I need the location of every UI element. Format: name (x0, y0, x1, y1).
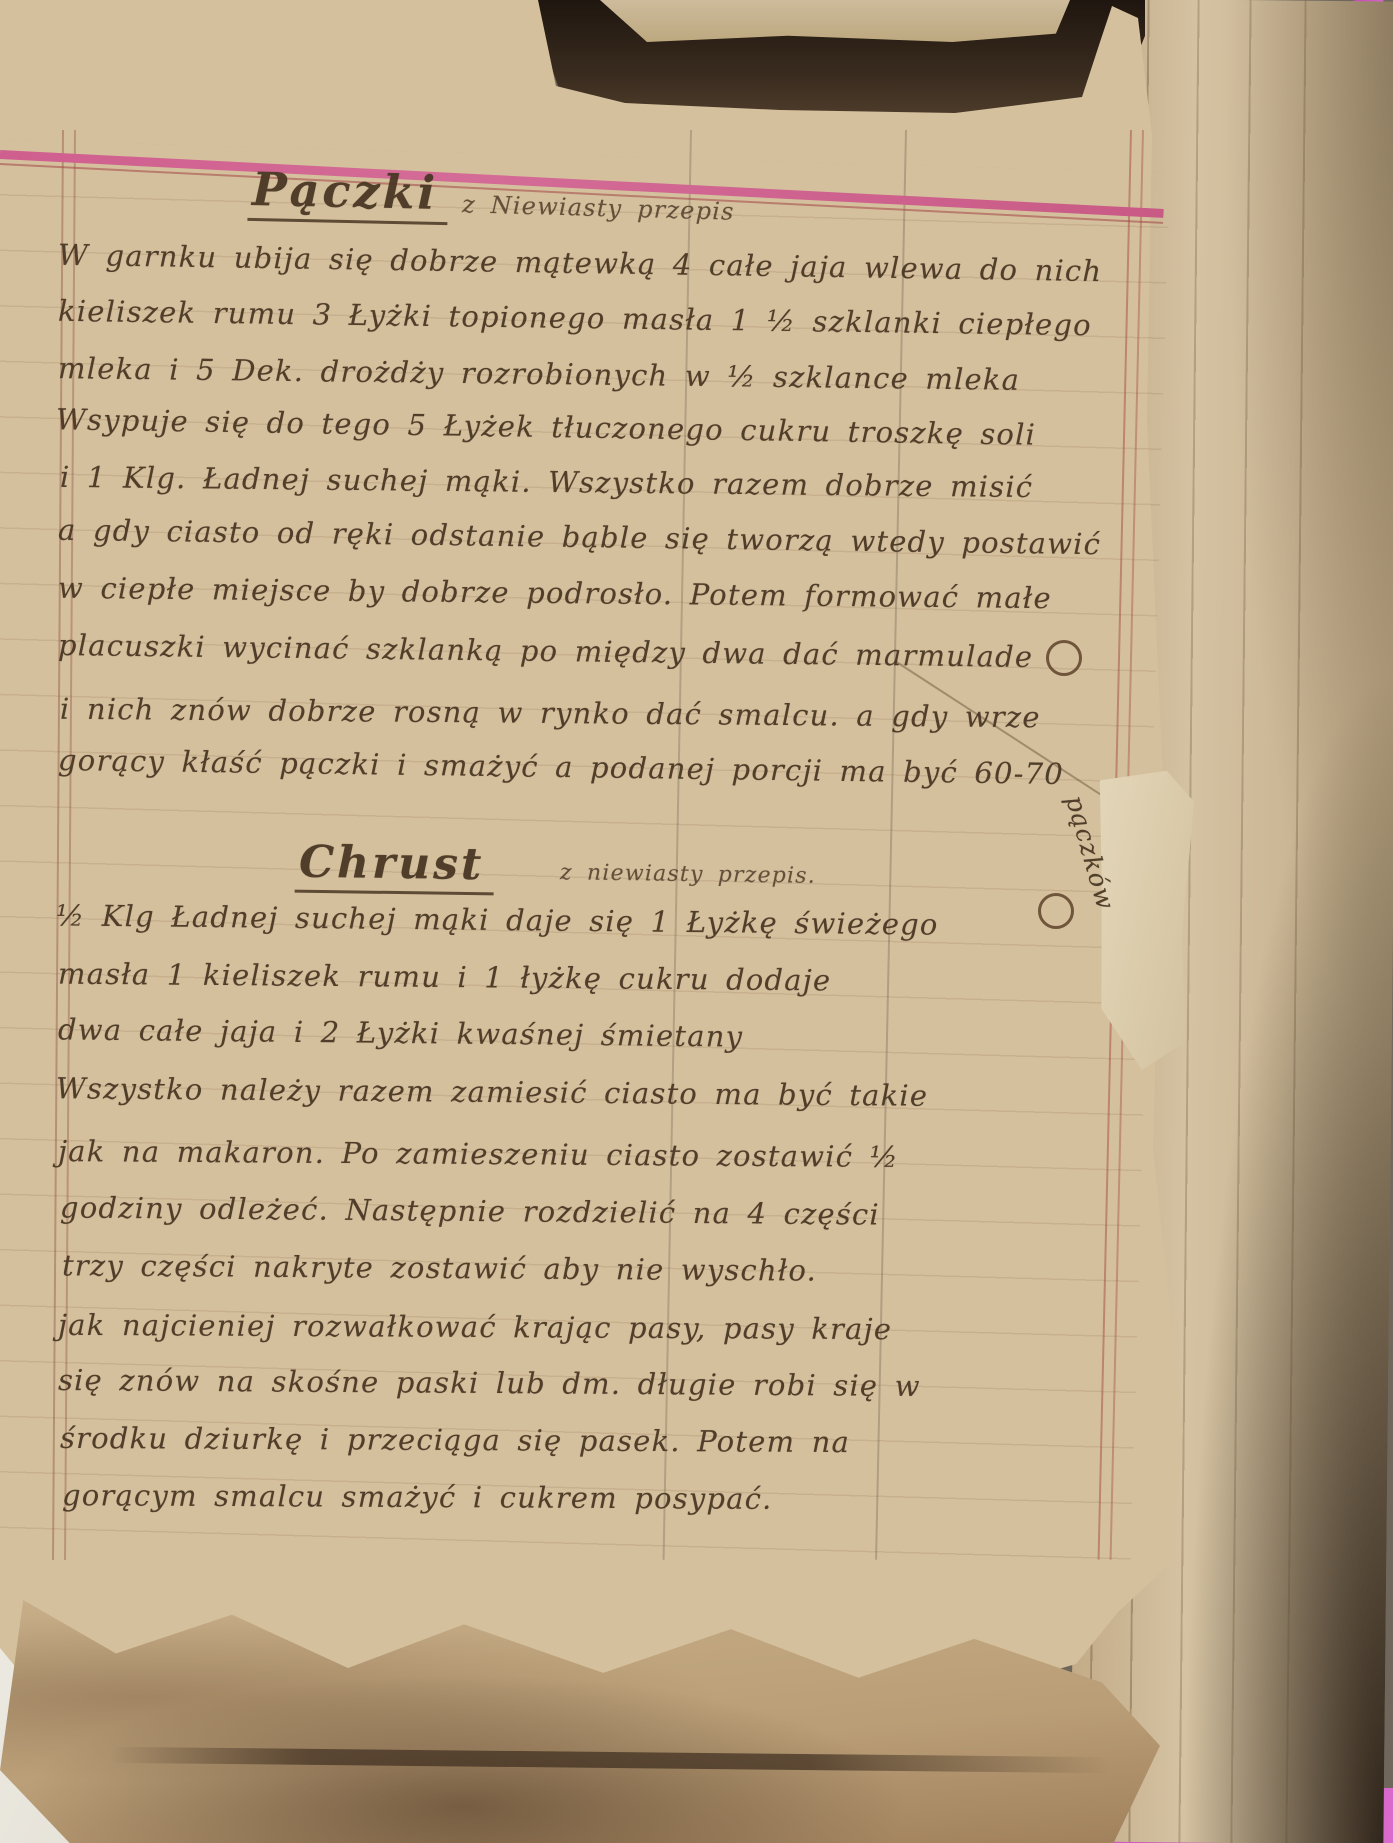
handwritten-line: się znów na skośne paski lub dm. długie … (58, 1363, 921, 1403)
ink-ring-mark-2 (1038, 893, 1074, 929)
handwritten-line: godziny odleżeć. Następnie rozdzielić na… (60, 1190, 880, 1231)
handwritten-line: masła 1 kieliszek rumu i 1 łyżkę cukru d… (58, 957, 832, 998)
handwritten-line: gorącym smalcu smażyć i cukrem posypać. (62, 1478, 773, 1516)
recipe-title-chrust: Chrust (295, 837, 495, 896)
handwritten-line: trzy części nakryte zostawić aby nie wys… (62, 1248, 817, 1287)
ink-ring-mark-1 (1046, 640, 1082, 676)
sheet-behind-top-edge (600, 0, 1070, 42)
recipe-title-paczki: Pączki (247, 162, 448, 225)
photo-of-recipe-page: Pączki z Niewiasty przepis W garnku ubij… (0, 0, 1393, 1843)
handwritten-line: środku dziurkę i przeciąga się pasek. Po… (60, 1421, 850, 1459)
recipe-title-note-chrust: z niewiasty przepis. (560, 860, 816, 889)
handwritten-line: dwa całe jaja i 2 Łyżki kwaśnej śmietany (58, 1012, 744, 1053)
handwritten-line: jak najcieniej rozwałkować krając pasy, … (58, 1308, 892, 1346)
handwritten-line: jak na makaron. Po zamieszeniu ciasto zo… (58, 1134, 899, 1174)
